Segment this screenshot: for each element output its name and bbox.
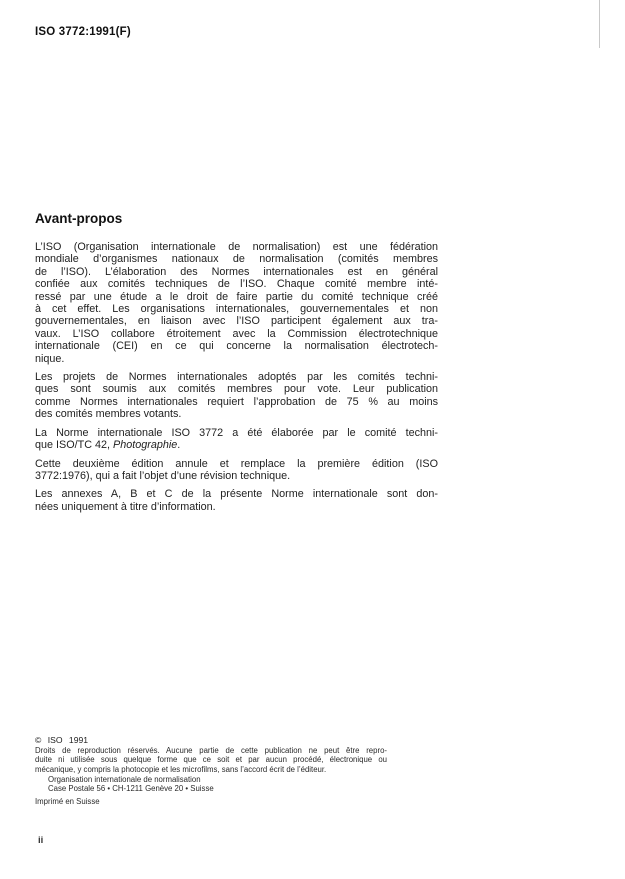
text-line: Les projets de Normes internationales ad…: [35, 371, 438, 383]
text-line: à cet effet. Les organisations internati…: [35, 303, 438, 315]
paragraph: Les projets de Normes internationales ad…: [35, 371, 438, 421]
copyright-notice: © ISO 1991: [35, 735, 88, 745]
section-title: Avant-propos: [35, 211, 122, 226]
text-line: confiée aux comités techniques de l’ISO.…: [35, 278, 438, 290]
text-line: mécanique, y compris la photocopie et le…: [35, 765, 387, 774]
paragraph: Les annexes A, B et C de la présente Nor…: [35, 488, 438, 513]
text-line: ques sont soumis aux comités membres pou…: [35, 383, 438, 395]
text-line: des comités membres votants.: [35, 408, 438, 420]
text-line: que ISO/TC 42, Photographie.: [35, 439, 438, 451]
scan-edge-artifact: [599, 0, 600, 48]
paragraph: La Norme internationale ISO 3772 a été é…: [35, 427, 438, 452]
document-page: ISO 3772:1991(F) Avant-propos L’ISO (Org…: [0, 0, 625, 879]
text-line: duite ni utilisée sous quelque forme que…: [35, 755, 387, 764]
printed-in-note: Imprimé en Suisse: [35, 797, 100, 806]
text-line: L’ISO (Organisation internationale de no…: [35, 241, 438, 253]
body-paragraphs: L’ISO (Organisation internationale de no…: [35, 241, 438, 519]
italic-text: Photographie: [113, 439, 177, 451]
text-line: gouvernementales, en liaison avec l’ISO …: [35, 315, 438, 327]
rights-paragraph: Droits de reproduction réservés. Aucune …: [35, 746, 387, 774]
paragraph: L’ISO (Organisation internationale de no…: [35, 241, 438, 365]
text-line: internationale (CEI) en ce qui concerne …: [35, 340, 438, 352]
address-line: Case Postale 56 • CH-1211 Genève 20 • Su…: [48, 784, 214, 793]
text-line: Les annexes A, B et C de la présente Nor…: [35, 488, 438, 500]
address-line: Organisation internationale de normalisa…: [48, 775, 214, 784]
text-line: Droits de reproduction réservés. Aucune …: [35, 746, 387, 755]
text-line: de l’ISO). L’élaboration des Normes inte…: [35, 266, 438, 278]
text-line: nique.: [35, 353, 438, 365]
paragraph: Cette deuxième édition annule et remplac…: [35, 458, 438, 483]
page-number: ii: [38, 835, 43, 846]
text-line: ressé par une étude a le droit de faire …: [35, 291, 438, 303]
document-reference: ISO 3772:1991(F): [35, 26, 131, 38]
text-line: nées uniquement à titre d’information.: [35, 501, 438, 513]
text-line: vaux. L’ISO collabore étroitement avec l…: [35, 328, 438, 340]
text-line: comme Normes internationales requiert l’…: [35, 396, 438, 408]
text-line: mondiale d’organismes nationaux de norma…: [35, 253, 438, 265]
text-line: La Norme internationale ISO 3772 a été é…: [35, 427, 438, 439]
text-line: 3772:1976), qui a fait l’objet d’une rév…: [35, 470, 438, 482]
text-line: Cette deuxième édition annule et remplac…: [35, 458, 438, 470]
publisher-address: Organisation internationale de normalisa…: [48, 775, 214, 794]
